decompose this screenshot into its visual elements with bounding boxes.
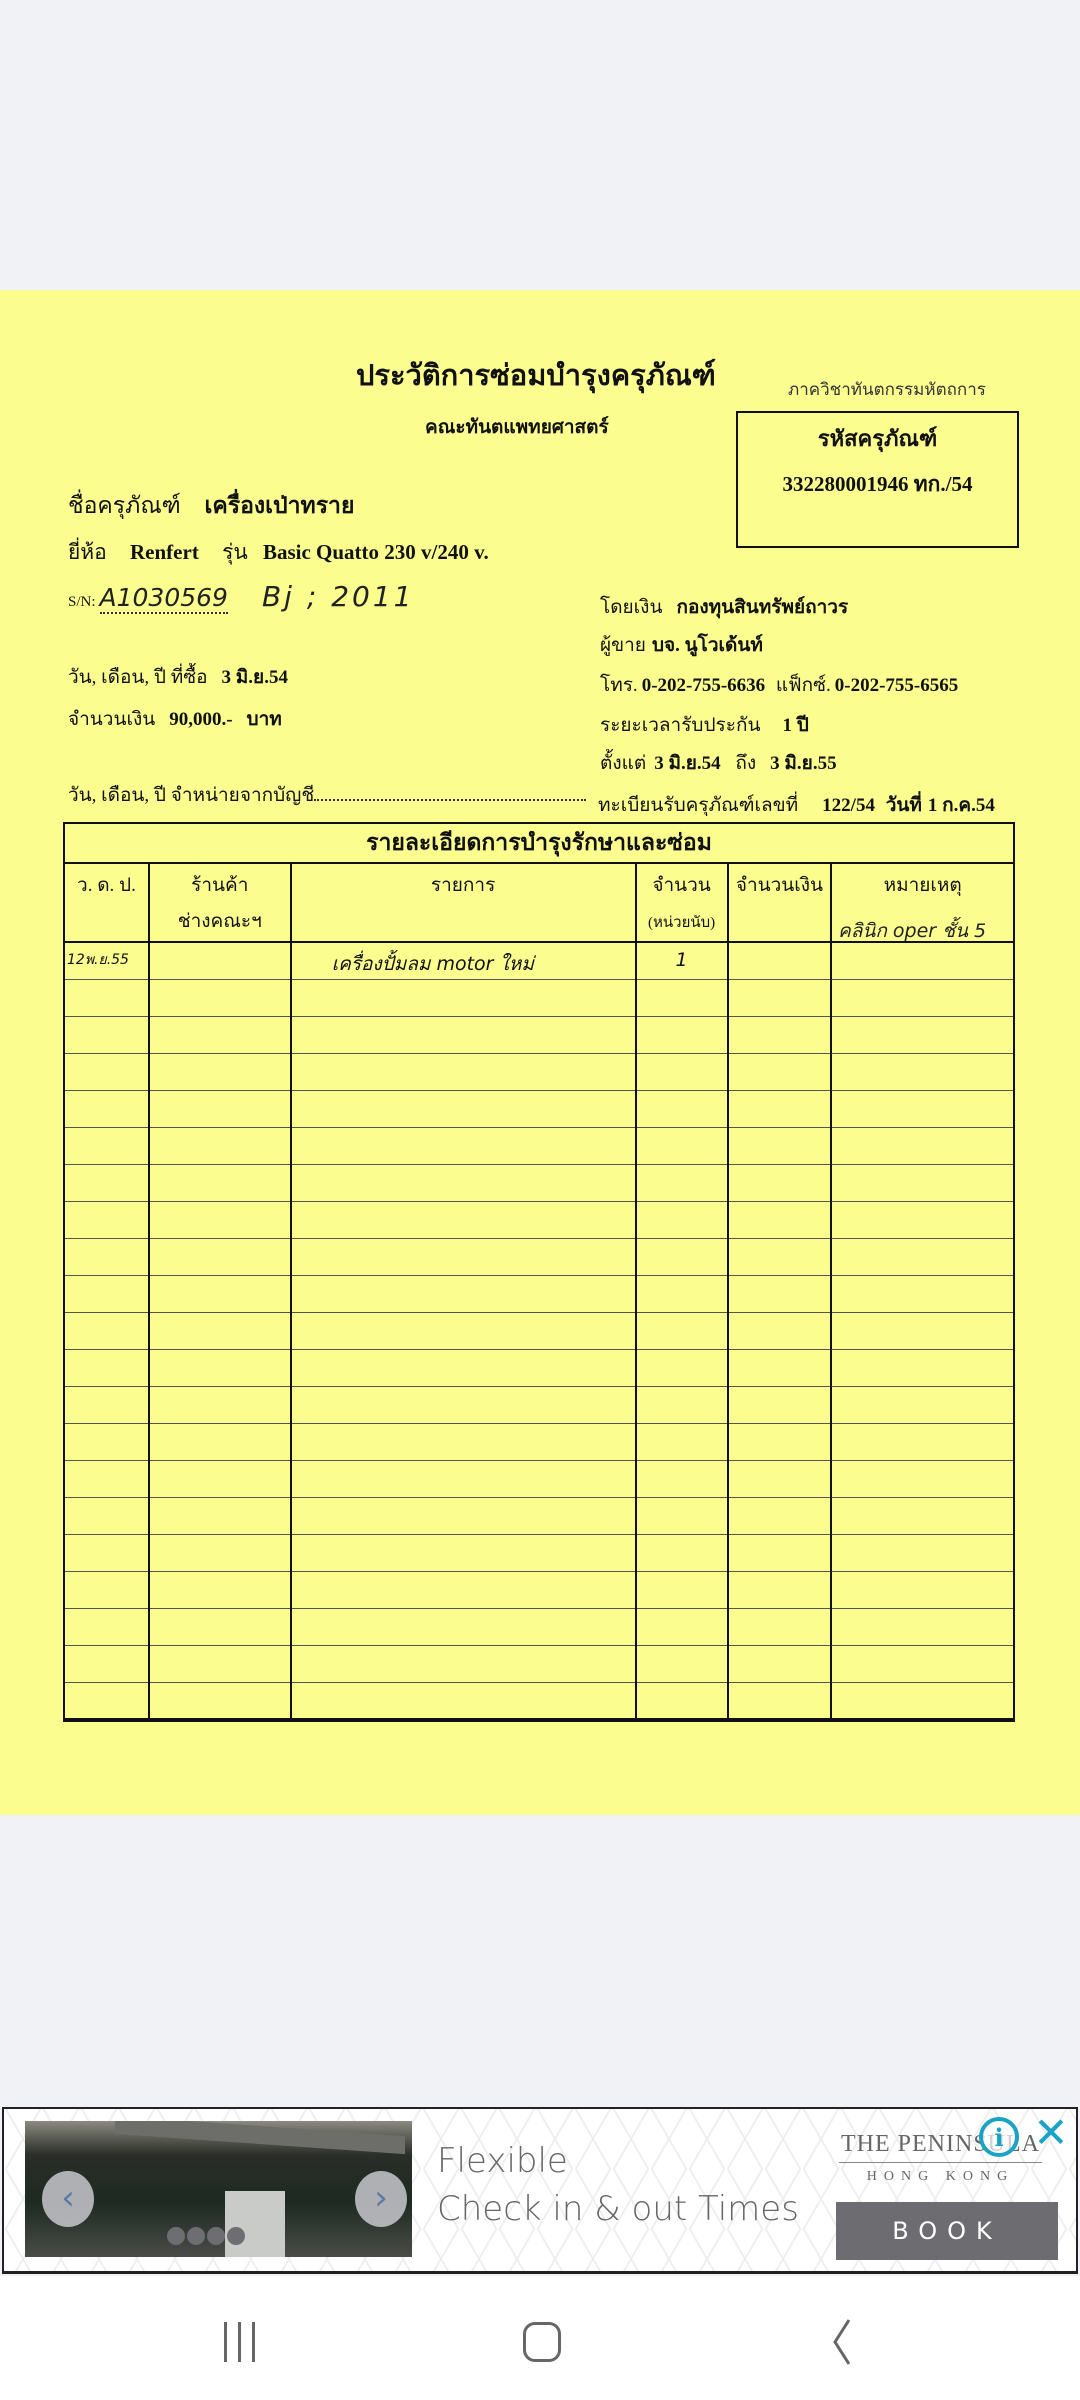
table-cell <box>64 1609 149 1646</box>
table-cell <box>291 1572 636 1609</box>
table-cell <box>291 1609 636 1646</box>
table-cell <box>149 1054 291 1091</box>
table-cell <box>636 1350 728 1387</box>
table-row <box>64 1609 1014 1646</box>
asset-name-value: เครื่องเป่าทราย <box>205 493 355 518</box>
table-row <box>64 1498 1014 1535</box>
system-nav-bar <box>0 2276 1080 2400</box>
table-cell <box>291 1128 636 1165</box>
table-cell <box>636 1461 728 1498</box>
asset-code-box: รหัสครุภัณฑ์ 332280001946 ทก./54 <box>736 411 1019 548</box>
ad-info-icon[interactable]: i <box>979 2117 1019 2157</box>
table-cell <box>64 1461 149 1498</box>
table-cell <box>636 1313 728 1350</box>
table-cell <box>728 1646 832 1683</box>
col-amount: จำนวนเงิน <box>728 863 832 942</box>
table-cell <box>636 1017 728 1054</box>
table-cell <box>64 1683 149 1720</box>
table-cell <box>64 1424 149 1461</box>
home-icon <box>523 2322 561 2362</box>
table-cell <box>728 1387 832 1424</box>
table-cell <box>149 1165 291 1202</box>
table-cell <box>291 1313 636 1350</box>
table-cell <box>728 1572 832 1609</box>
table-caption: รายละเอียดการบำรุงรักษาและซ่อม <box>64 823 1014 863</box>
table-cell <box>728 1609 832 1646</box>
table-cell <box>636 1091 728 1128</box>
recent-apps-icon <box>224 2322 227 2362</box>
table-cell <box>64 1387 149 1424</box>
table-cell <box>64 1572 149 1609</box>
department: ภาควิชาทันตกรรมหัตถการ <box>788 376 986 403</box>
table-cell <box>149 1202 291 1239</box>
table-cell <box>64 1054 149 1091</box>
document-subtitle: คณะทันตแพทยศาสตร์ <box>425 412 609 442</box>
table-cell <box>831 1276 1014 1313</box>
table-cell <box>64 1313 149 1350</box>
serial-number-value: A1030569 <box>100 583 228 614</box>
table-cell <box>728 1017 832 1054</box>
table-cell <box>291 1424 636 1461</box>
table-cell <box>291 1498 636 1535</box>
table-cell <box>728 1091 832 1128</box>
asset-code-label: รหัสครุภัณฑ์ <box>738 421 1017 456</box>
table-cell <box>636 1239 728 1276</box>
table-cell <box>636 1424 728 1461</box>
table-cell <box>831 1535 1014 1572</box>
warranty-field: ระยะเวลารับประกัน1 ปี <box>600 710 809 740</box>
phone-fax-field: โทร.0-202-755-6636 แฟ็กซ์.0-202-755-6565 <box>600 670 958 700</box>
table-cell <box>291 1202 636 1239</box>
table-cell <box>291 1387 636 1424</box>
table-cell <box>831 1646 1014 1683</box>
carousel-dots[interactable] <box>167 2227 245 2245</box>
table-cell <box>64 1535 149 1572</box>
table-cell <box>728 1128 832 1165</box>
brand-model-field: ยี่ห้อ Renfert รุ่น Basic Quatto 230 v/2… <box>68 536 489 569</box>
table-cell <box>291 1535 636 1572</box>
col-qty: จำนวน(หน่วยนับ) <box>636 863 728 942</box>
table-cell <box>149 1387 291 1424</box>
table-row <box>64 980 1014 1017</box>
table-row <box>64 1165 1014 1202</box>
table-cell <box>149 1313 291 1350</box>
table-cell <box>636 1165 728 1202</box>
table-cell <box>64 1239 149 1276</box>
table-cell <box>64 1128 149 1165</box>
book-button[interactable]: BOOK <box>836 2202 1058 2260</box>
table-cell <box>831 1609 1014 1646</box>
table-row <box>64 1387 1014 1424</box>
back-button[interactable] <box>805 2306 875 2376</box>
col-item: รายการ <box>291 863 636 942</box>
table-cell <box>64 1350 149 1387</box>
table-cell <box>149 1239 291 1276</box>
table-cell <box>64 1646 149 1683</box>
table-cell <box>728 1276 832 1313</box>
brand-value: Renfert <box>130 540 199 564</box>
table-row <box>64 1424 1014 1461</box>
warranty-period-field: ตั้งแต่3 มิ.ย.54 ถึง3 มิ.ย.55 <box>600 748 837 778</box>
table-row <box>64 1091 1014 1128</box>
table-cell <box>149 1498 291 1535</box>
back-icon <box>805 2306 875 2376</box>
table-cell <box>728 1424 832 1461</box>
empty-rows <box>64 980 1014 1720</box>
table-row: 12พ.ย.55 เครื่องปั้มลม motor ใหม่ 1 <box>64 942 1014 980</box>
table-cell <box>728 1313 832 1350</box>
table-cell <box>831 1202 1014 1239</box>
ad-headline[interactable]: Flexible Check in & out Times <box>437 2137 799 2233</box>
table-cell <box>728 980 832 1017</box>
table-cell <box>64 980 149 1017</box>
table-cell <box>831 1017 1014 1054</box>
table-cell <box>64 1091 149 1128</box>
table-row <box>64 1646 1014 1683</box>
table-cell <box>831 1683 1014 1720</box>
table-cell <box>728 1239 832 1276</box>
table-cell <box>636 1535 728 1572</box>
table-cell <box>149 1128 291 1165</box>
table-cell <box>636 1498 728 1535</box>
remark-handwritten: คลินิก oper ชั้น 5 <box>838 916 986 946</box>
table-cell <box>149 1461 291 1498</box>
table-cell <box>831 1572 1014 1609</box>
table-row <box>64 1276 1014 1313</box>
scanned-document: ประวัติการซ่อมบำรุงครุภัณฑ์ คณะทันตแพทยศ… <box>0 290 1080 1815</box>
table-cell <box>149 1683 291 1720</box>
table-cell <box>291 1350 636 1387</box>
table-cell <box>149 1017 291 1054</box>
ad-close-icon[interactable]: ✕ <box>1029 2111 1073 2155</box>
table-cell <box>291 1091 636 1128</box>
table-cell <box>636 1646 728 1683</box>
amount-field: จำนวนเงิน90,000.-บาท <box>68 704 282 734</box>
table-cell <box>291 1239 636 1276</box>
table-cell <box>149 1535 291 1572</box>
table-row <box>64 1535 1014 1572</box>
table-cell <box>728 1202 832 1239</box>
carousel-prev-icon[interactable]: ‹ <box>42 2171 94 2227</box>
table-cell <box>636 1054 728 1091</box>
table-cell <box>636 1202 728 1239</box>
table-cell <box>728 1350 832 1387</box>
table-cell <box>291 1017 636 1054</box>
table-cell <box>636 980 728 1017</box>
table-cell <box>728 1535 832 1572</box>
table-row <box>64 1239 1014 1276</box>
table-cell <box>291 1054 636 1091</box>
table-cell <box>831 1461 1014 1498</box>
table-cell <box>636 1387 728 1424</box>
table-cell <box>291 1683 636 1720</box>
table-cell <box>64 1017 149 1054</box>
table-cell <box>149 1646 291 1683</box>
table-row <box>64 1202 1014 1239</box>
table-cell <box>149 1572 291 1609</box>
table-row <box>64 1350 1014 1387</box>
table-cell <box>728 1683 832 1720</box>
table-row <box>64 1572 1014 1609</box>
table-cell <box>831 1054 1014 1091</box>
table-cell <box>64 1202 149 1239</box>
fund-field: โดยเงินกองทุนสินทรัพย์ถาวร <box>600 592 848 622</box>
table-cell <box>291 1165 636 1202</box>
col-shop: ร้านค้าช่างคณะฯ <box>149 863 291 942</box>
serial-number-field: S/N: A1030569 Bj ; 2011 <box>68 580 414 613</box>
table-cell <box>149 1609 291 1646</box>
seller-field: ผู้ขายบจ. นูโวเด้นท์ <box>600 630 763 660</box>
table-row <box>64 1683 1014 1720</box>
table-cell <box>149 980 291 1017</box>
disposal-date-field: วัน, เดือน, ปี จำหน่ายจากบัญชี <box>68 780 586 810</box>
table-cell <box>728 1461 832 1498</box>
ad-banner[interactable]: ‹ › Flexible Check in & out Times THE PE… <box>2 2107 1078 2274</box>
table-cell <box>831 1239 1014 1276</box>
table-cell <box>728 1054 832 1091</box>
table-cell <box>728 1165 832 1202</box>
table-cell <box>291 1646 636 1683</box>
table-cell <box>64 1498 149 1535</box>
document-title: ประวัติการซ่อมบำรุงครุภัณฑ์ <box>356 352 716 398</box>
asset-code-value: 332280001946 ทก./54 <box>738 468 1017 501</box>
table-cell <box>728 1498 832 1535</box>
table-cell <box>831 1091 1014 1128</box>
table-cell <box>291 980 636 1017</box>
ad-image-carousel[interactable]: ‹ › <box>25 2121 412 2257</box>
table-cell <box>149 1350 291 1387</box>
recent-apps-button[interactable] <box>205 2306 275 2376</box>
maintenance-table: รายละเอียดการบำรุงรักษาและซ่อม ว. ด. ป. … <box>63 822 1015 1722</box>
serial-number-note: Bj ; 2011 <box>262 580 414 613</box>
table-row <box>64 1313 1014 1350</box>
model-value: Basic Quatto 230 v/240 v. <box>263 540 489 564</box>
table-cell <box>831 1424 1014 1461</box>
table-cell <box>831 1165 1014 1202</box>
table-row <box>64 1461 1014 1498</box>
register-field: ทะเบียนรับครุภัณฑ์เลขที่122/54 วันที่1 ก… <box>598 790 995 820</box>
purchase-date-field: วัน, เดือน, ปี ที่ซื้อ3 มิ.ย.54 <box>68 662 288 692</box>
table-cell <box>149 1276 291 1313</box>
table-cell <box>64 1165 149 1202</box>
table-row <box>64 1054 1014 1091</box>
table-cell <box>291 1461 636 1498</box>
col-date: ว. ด. ป. <box>64 863 149 942</box>
table-cell <box>831 1350 1014 1387</box>
table-row <box>64 1017 1014 1054</box>
table-cell <box>831 1498 1014 1535</box>
asset-name-field: ชื่อครุภัณฑ์ เครื่องเป่าทราย <box>68 488 354 524</box>
table-cell <box>636 1276 728 1313</box>
table-cell <box>636 1128 728 1165</box>
table-cell <box>64 1276 149 1313</box>
table-cell <box>831 1387 1014 1424</box>
table-cell <box>636 1572 728 1609</box>
table-cell <box>149 1424 291 1461</box>
carousel-next-icon[interactable]: › <box>355 2171 407 2227</box>
table-cell <box>291 1276 636 1313</box>
table-cell <box>149 1091 291 1128</box>
table-cell <box>636 1683 728 1720</box>
table-row <box>64 1128 1014 1165</box>
table-cell <box>831 1313 1014 1350</box>
table-cell <box>831 1128 1014 1165</box>
table-cell <box>636 1609 728 1646</box>
document-viewer[interactable]: ประวัติการซ่อมบำรุงครุภัณฑ์ คณะทันตแพทยศ… <box>0 0 1080 2100</box>
table-cell <box>831 980 1014 1017</box>
home-button[interactable] <box>507 2306 577 2376</box>
